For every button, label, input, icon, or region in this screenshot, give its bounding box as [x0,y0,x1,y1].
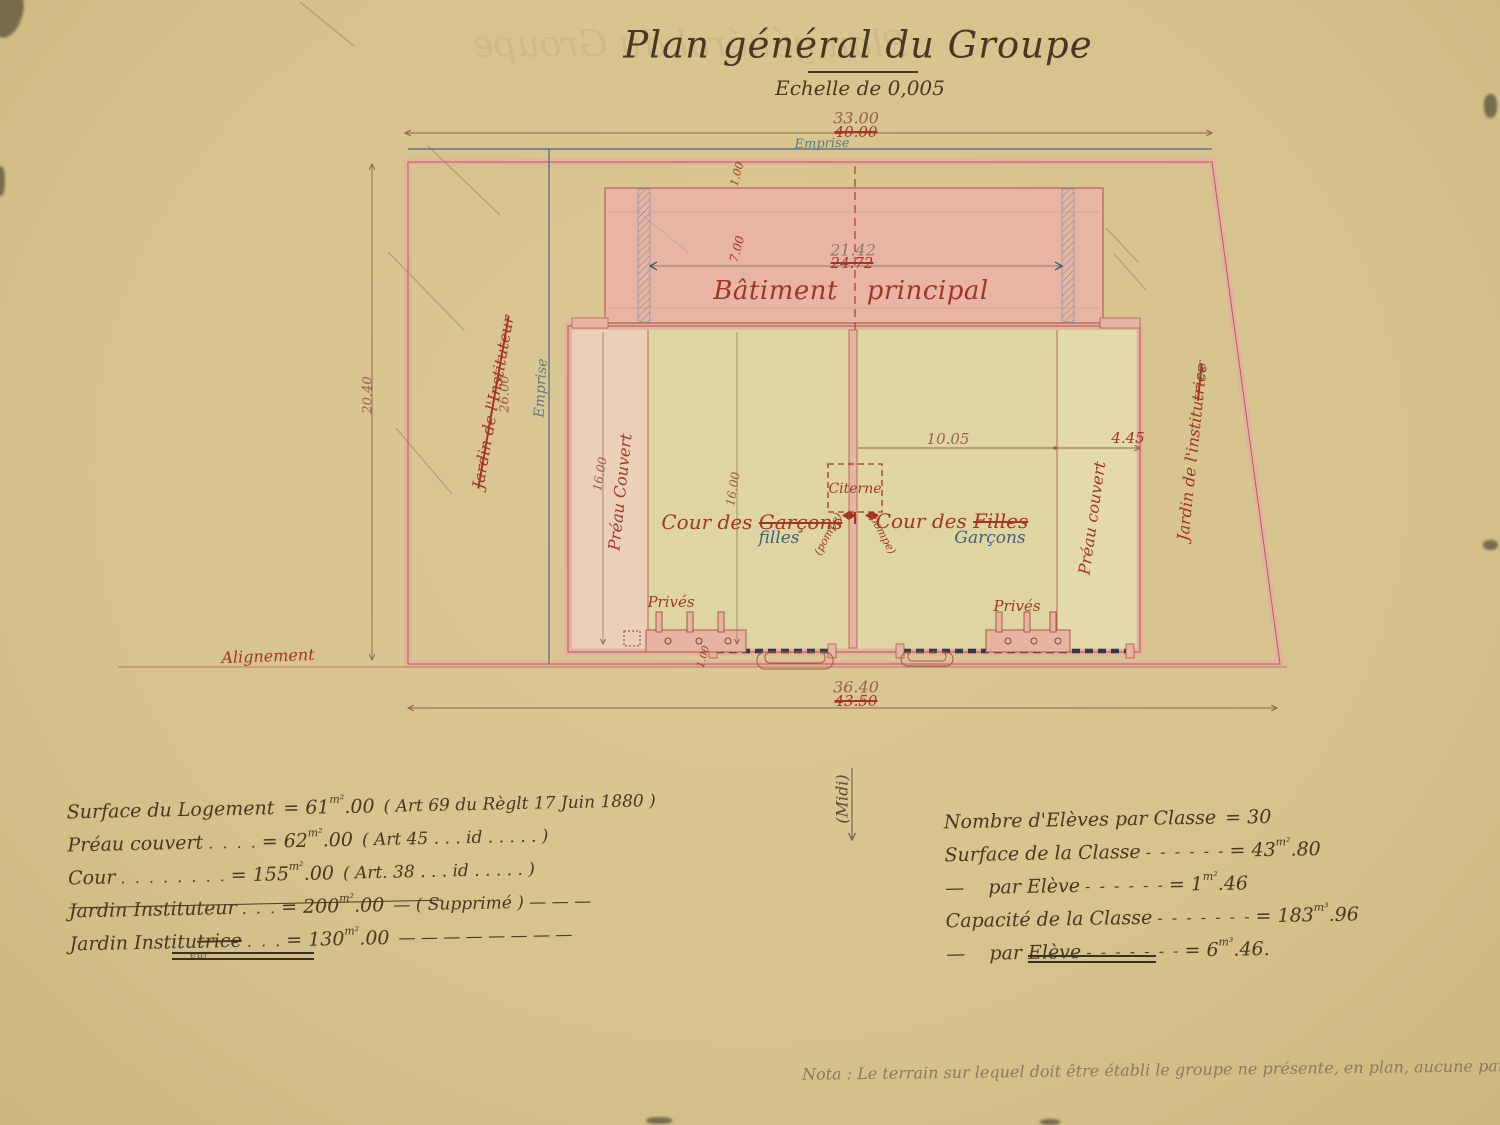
privies-right-label: Privés [993,597,1040,615]
surface-table: Surface du Logement= 61m².00( Art 69 du … [66,781,589,957]
girls-yard-correction: Garçons [954,528,1025,548]
page-title: Plan général du Groupe [623,24,1092,67]
hatched-wall-left [638,189,650,322]
edge-smudge [646,1117,672,1124]
emprise-label-left: Emprise [531,358,550,418]
left-table-rule [172,952,314,960]
table-row: Surface de la Classe- - - - - -= 43m².80 [944,828,1325,868]
garden-correction: eur [1194,360,1209,380]
alignment-label: Alignement [221,645,315,667]
boys-yard-correction: filles [759,528,800,548]
privies-left-label: Privés [647,593,694,611]
right-table-rule [1028,955,1156,963]
dim-left-outer: 20.40 [361,376,376,413]
cistern-label: Citerne [828,481,881,497]
edge-smudge [1483,540,1498,550]
boys-yard-label: Cour des Garçons [661,510,842,534]
dim-preau-right-width: 4.45 [1111,429,1144,447]
classroom-table: Nombre d'Elèves par Classe= 30 Surface d… [944,795,1327,967]
scale-label: Echelle de 0,005 [775,76,945,100]
dim-bottom-old: 43.50 [835,692,878,710]
paper-sheet: Plan général du Groupe Plan général du G… [0,0,1500,1125]
dim-girls-yard-width: 10.05 [927,430,970,448]
edge-smudge [1040,1119,1060,1125]
building-label: Bâtiment principal [713,276,988,306]
edge-smudge [1484,94,1497,118]
title-underline [808,71,918,73]
hatched-wall-right [1062,189,1074,322]
dim-building-old: 24.72 [831,254,874,272]
emprise-label-top: Emprise [794,136,849,152]
south-label: (Midi) [833,774,852,823]
